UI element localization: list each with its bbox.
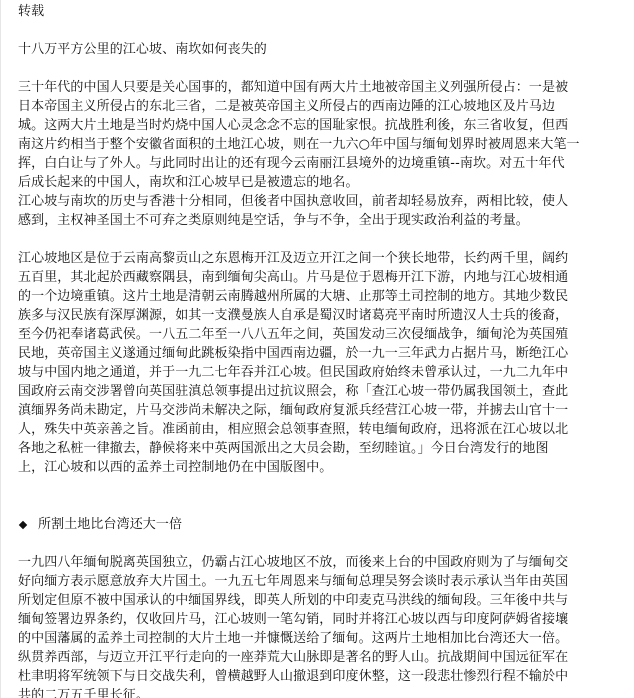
text-line: 后成长起来的中国人，南坎和江心坡早已是被遗忘的地名。 bbox=[18, 173, 618, 192]
text-line: 坡与中国内地之通道，并于一九二七年吞并江心坡。但民国政府始终未曾承认过，一九二九… bbox=[18, 363, 618, 382]
text-line: 各地之私桩一律撤去，静候将来中英两国派出之大员会勘，至纫睦谊。」今日台湾发行的地… bbox=[18, 439, 618, 458]
text-line: 的中国藩属的孟养土司控制的大片土地一并慷慨送给了缅甸。这两片土地相加比台湾还大一… bbox=[18, 629, 618, 648]
text-line: 南这片约相当于整个安徽省面积的土地江心坡，则在一九六○年中国与缅甸划界时被周恩来… bbox=[18, 135, 618, 154]
text-line: 的一个边境重镇。这片土地是清朝云南腾越州所属的大塘、止那等土司控制的地方。其地少… bbox=[18, 287, 618, 306]
paragraph-cession: 一九四八年缅甸脱离英国独立，仍霸占江心坡地区不放，而後来上台的中国政府则为了与缅… bbox=[18, 553, 618, 698]
text-line: 所划定但原不被中国承认的中缅国界线，即英人所划的中印麦克马洪线的缅甸段。三年後中… bbox=[18, 591, 618, 610]
document-frame: 转载 十八万平方公里的江心坡、南坎如何丧失的 三十年代的中国人只要是关心国事的，… bbox=[0, 0, 634, 698]
text-line: 人，殊失中英亲善之旨。准函前由，相应照会总领事查照，转电缅甸政府，迅将派在江心坡… bbox=[18, 420, 618, 439]
text-line: 族多与汉民族有深厚渊源，如其一支濮曼族人自承是蜀汉时诸葛亮平南时所遗汉人士兵的後… bbox=[18, 306, 618, 325]
text-line: 江心坡与南坎的历史与香港十分相同，但後者中国执意收回，前者却轻易放弃，两相比较，… bbox=[18, 192, 618, 211]
text-line: 一九四八年缅甸脱离英国独立，仍霸占江心坡地区不放，而後来上台的中国政府则为了与缅… bbox=[18, 553, 618, 572]
text-line: 共的二万五千里长征。 bbox=[18, 686, 618, 698]
diamond-bullet-icon bbox=[19, 520, 27, 528]
text-line: 三十年代的中国人只要是关心国事的，都知道中国有两大片土地被帝国主义列强所侵占：一… bbox=[18, 78, 618, 97]
paragraph-history: 江心坡地区是位于云南高黎贡山之东恩梅开江及迈立开江之间一个狭长地带，长约两千里，… bbox=[18, 249, 618, 477]
text-line: 江心坡地区是位于云南高黎贡山之东恩梅开江及迈立开江之间一个狭长地带，长约两千里，… bbox=[18, 249, 618, 268]
text-line: 缅甸签署边界条约，仅收回片马，江心坡则一笔勾销，同时并将江心坡以西与印度阿萨姆省… bbox=[18, 610, 618, 629]
text-line: 纵贯养西部，与迈立开江平行走向的一座莽荒大山脉即是著名的野人山。抗战期间中国远征… bbox=[18, 648, 618, 667]
text-line: 滇缅界务尚未勘定，片马交涉尚未解决之际，缅甸政府复派兵经营江心坡一带，并掳去山官… bbox=[18, 401, 618, 420]
text-line: 上，江心坡和以西的孟养土司控制地仍在中国版图中。 bbox=[18, 458, 618, 477]
repost-label: 转载 bbox=[18, 2, 618, 21]
text-line: 国政府云南交涉署曾向英国驻滇总领事提出过抗议照会，称「查江心坡一带仍属我国领土，… bbox=[18, 382, 618, 401]
article-body: 转载 十八万平方公里的江心坡、南坎如何丧失的 三十年代的中国人只要是关心国事的，… bbox=[18, 2, 618, 698]
section-heading: 所割土地比台湾还大一倍 bbox=[18, 515, 618, 534]
text-line: 城。这两大片土地是当时灼烧中国人心灵念念不忘的国耻家恨。抗战胜利後，东三省收复，… bbox=[18, 116, 618, 135]
paragraph-intro: 三十年代的中国人只要是关心国事的，都知道中国有两大片土地被帝国主义列强所侵占：一… bbox=[18, 78, 618, 230]
text-line: 杜聿明将军统领下与日交战失利，曾横越野人山撤退到印度休整，这一段悲壮惨烈行程不输… bbox=[18, 667, 618, 686]
text-line: 挥，白白让与了外人。与此同时出让的还有现今云南丽江县境外的边境重镇--南坎。对五… bbox=[18, 154, 618, 173]
text-line: 民地，英帝国主义遂通过缅甸此跳板染指中国西南边疆，於一九一三年武力占据片马，断绝… bbox=[18, 344, 618, 363]
section-heading-text: 所割土地比台湾还大一倍 bbox=[38, 515, 182, 534]
text-line: 五百里，其北起於西藏察隅县，南到缅甸尖高山。片马是位于恩梅开江下游，内地与江心坡… bbox=[18, 268, 618, 287]
article-title: 十八万平方公里的江心坡、南坎如何丧失的 bbox=[18, 40, 618, 59]
text-line: 至今仍祀奉诸葛武侯。一八五二年至一八八五年之间，英国发动三次侵缅战争，缅甸沦为英… bbox=[18, 325, 618, 344]
text-line: 日本帝国主义所侵占的东北三省，二是被英帝国主义所侵占的西南边陲的江心坡地区及片马… bbox=[18, 97, 618, 116]
text-line: 感到，主权神圣国土不可弃之类原则纯是空话，争与不争，全出于现实政治利益的考量。 bbox=[18, 211, 618, 230]
text-line: 好向缅方表示愿意放弃大片国土。一九五七年周恩来与缅甸总理吴努会谈时表示承认当年由… bbox=[18, 572, 618, 591]
